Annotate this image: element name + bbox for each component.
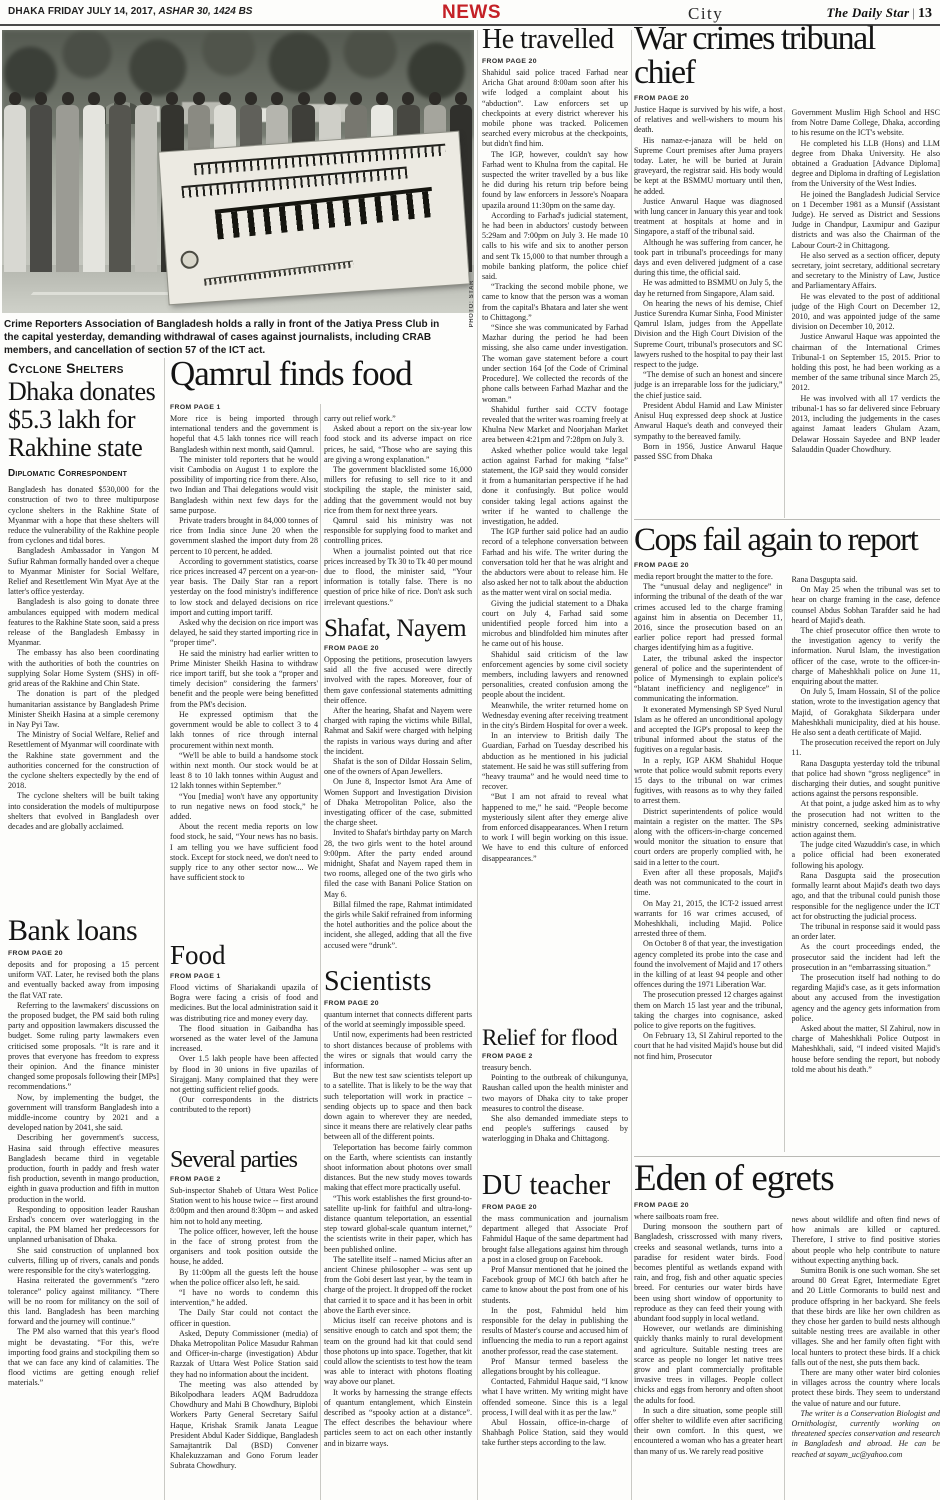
paragraph: Rana Dasgupta yesterday told the tribuna… (792, 759, 940, 800)
paragraph: “I have no words to condemn this interve… (170, 1288, 318, 1308)
paragraph: He joined the Bangladesh Judicial Servic… (792, 190, 940, 251)
paragraph: news about wildlife and often find news … (792, 1215, 940, 1266)
paragraph: Justice Anwarul Haque was diagnosed with… (634, 197, 783, 238)
paragraph: The writer is a Conservation Biologist a… (792, 1409, 940, 1460)
paragraph: Bangladesh has donated $530,000 for the … (8, 485, 159, 546)
paragraph: But the new test saw scientists teleport… (324, 1071, 472, 1142)
continued-from-label: FROM PAGE 2 (482, 1053, 628, 1060)
paragraph: Billal filmed the rape, Rahmat intimidat… (324, 900, 472, 951)
article-column-1: FROM PAGE 20 media report brought the ma… (634, 562, 783, 1075)
article-body: Flood victims of Shariakandi upazila of … (170, 983, 318, 1116)
paragraph: District superintendents of police would… (634, 807, 783, 868)
paragraph: Giving the judicial statement to a Dhaka… (482, 599, 628, 650)
article-title: DU teacher (482, 1172, 628, 1200)
article-title: Relief for flood (482, 1026, 628, 1049)
paragraph: In such a dire situation, some people st… (634, 1406, 783, 1457)
article-body: Opposing the petitions, prosecution lawy… (324, 655, 472, 951)
article-kicker: Cyclone Shelters (8, 360, 159, 376)
paragraph: “But I am not afraid to reveal what happ… (482, 792, 628, 863)
paragraph: Private traders brought in 84,000 tonnes… (170, 516, 318, 557)
article-several-parties: Several parties FROM PAGE 2 Sub-inspecto… (170, 1148, 318, 1500)
article-body: treasury bench.Pointing to the outbreak … (482, 1063, 628, 1145)
article-qamrul-col1: FROM PAGE 1 More rice is being imported … (170, 404, 318, 942)
column-rule (784, 110, 785, 518)
paragraph: He was involved with all 17 verdicts the… (792, 394, 940, 455)
article-title: Eden of egrets (634, 1160, 940, 1197)
continued-from-label: FROM PAGE 20 (324, 645, 472, 652)
paragraph: Hasina reiterated the government's “zero… (8, 1276, 159, 1327)
paragraph: treasury bench. (482, 1063, 628, 1073)
paragraph: Asked about the matter, SI Zahirul, now … (792, 1024, 940, 1075)
article-body: Rana Dasgupta said.On May 25 when the tr… (792, 575, 940, 1075)
paragraph: Government Muslim High School and HSC fr… (792, 108, 940, 139)
paragraph: The PM also warned that this year's floo… (8, 1327, 159, 1388)
paragraph: On July 5, Imam Hossain, SI of the polic… (792, 687, 940, 738)
paragraph: “You [media] won't have any opportunity … (170, 792, 318, 823)
banner-text-line-1 (194, 144, 446, 176)
article-body: quantum internet that connects different… (324, 1010, 472, 1449)
article-column-1: FROM PAGE 20 Justice Haque is survived b… (634, 95, 783, 462)
paragraph: The satellite itself – named Micius afte… (324, 1255, 472, 1316)
page-number: 13 (918, 6, 932, 21)
paragraph: quantum internet that connects different… (324, 1010, 472, 1030)
paragraph: The IGP further said police had an audio… (482, 527, 628, 598)
paragraph: The Daily Star could not contact the off… (170, 1308, 318, 1328)
paragraph: It works by harnessing the strange effec… (324, 1388, 472, 1449)
paragraph: She said construction of unplanned box c… (8, 1246, 159, 1277)
paragraph: His namaz-e-janaza will be held on Supre… (634, 136, 783, 197)
article-title: War crimes tribunal chief (634, 22, 940, 90)
article-title: Cops fail again to report (634, 524, 940, 557)
article-bank-loans: Bank loans FROM PAGE 20 deposits and for… (8, 916, 159, 1500)
paragraph: Teleportation has become fairly common o… (324, 1143, 472, 1194)
article-dhaka-donates: Cyclone Shelters Dhaka donates $5.3 lakh… (8, 360, 159, 916)
paragraph: “This work establishes the first ground-… (324, 1194, 472, 1255)
paragraph: Prof Mansur mentioned that he joined the… (482, 1265, 628, 1306)
paragraph: There are many other water bird colonies… (792, 1368, 940, 1409)
paragraph: Micius itself can receive photons and is… (324, 1316, 472, 1387)
paragraph: Justice Anwarul Haque was appointed the … (792, 332, 940, 393)
paragraph: The judge cited Wazuddin's case, in whic… (792, 840, 940, 871)
continued-from-label: FROM PAGE 20 (482, 1204, 628, 1211)
paragraph: Abul Hossain, office-in-charge of Shahba… (482, 1418, 628, 1449)
article-title: Bank loans (8, 916, 159, 946)
paragraph: The government blacklisted some 16,000 m… (324, 465, 472, 516)
paragraph: where sailboats roam free. (634, 1212, 783, 1222)
banner-logo (180, 250, 199, 269)
paragraph: President Abdul Hamid and Law Minister A… (634, 401, 783, 442)
paragraph: He was admitted to BSMMU on July 5, the … (634, 278, 783, 298)
article-qamrul-headline: Qamrul finds food (170, 356, 472, 404)
section-rule (634, 519, 940, 520)
article-body: media report brought the matter to the f… (634, 572, 783, 1062)
paragraph: Until now, experiments had been restrict… (324, 1030, 472, 1071)
paragraph: The Ministry of Social Welfare, Relief a… (8, 730, 159, 791)
paragraph: Referring to the lawmakers' discussions … (8, 1001, 159, 1093)
continued-from-label: FROM PAGE 20 (324, 1000, 472, 1007)
paragraph: About the recent media reports on low fo… (170, 822, 318, 883)
article-body: carry out relief work.”Asked about a rep… (324, 414, 472, 608)
section-rule (634, 1156, 940, 1157)
paragraph: Meanwhile, the writer returned home on W… (482, 701, 628, 732)
article-du-teacher: DU teacher FROM PAGE 20 the mass communi… (482, 1172, 628, 1500)
paragraph: Asked whether police would take legal ac… (482, 446, 628, 528)
paragraph: Over 1.5 lakh people have been affected … (170, 1054, 318, 1095)
column-rule (631, 30, 632, 1500)
paragraph: According to government statistics, coar… (170, 557, 318, 618)
paragraph: “Since she was communicated by Farhad Ma… (482, 323, 628, 405)
paragraph: In an interview to British daily The Gua… (482, 731, 628, 792)
dateline: DHAKA FRIDAY JULY 14, 2017, ASHAR 30, 14… (8, 6, 252, 17)
article-column-2: Government Muslim High School and HSC fr… (792, 95, 940, 462)
continued-from-label: FROM PAGE 20 (8, 950, 159, 957)
article-title: Several parties (170, 1148, 318, 1172)
paragraph: When a journalist pointed out that rice … (324, 547, 472, 608)
continued-from-label: FROM PAGE 1 (170, 404, 318, 411)
paragraph: On October 8 of that year, the investiga… (634, 939, 783, 990)
article-body: the mass communication and journalism de… (482, 1214, 628, 1449)
paper-name: The Daily Star (826, 5, 909, 20)
column-rule (320, 404, 321, 1500)
subsection-label: City (688, 4, 723, 24)
paragraph: The prosecution pressed 12 charges again… (634, 990, 783, 1031)
rally-photo (2, 30, 474, 313)
article-scientists: Scientists FROM PAGE 20 quantum internet… (324, 968, 472, 1500)
paragraph: “The demise of such an honest and sincer… (634, 370, 783, 401)
banner-text-line-3 (215, 187, 435, 240)
paragraph: “We'll be able to build a handsome stock… (170, 751, 318, 792)
paragraph: After the hearing, Shafat and Nayem were… (324, 706, 472, 757)
paragraph: On hearing the news of his demise, Chief… (634, 299, 783, 370)
paragraph: The chief prosecutor office then wrote t… (792, 626, 940, 687)
paragraph: On May 21, 2015, the ICT-2 issued arrest… (634, 899, 783, 940)
paragraph: Contacted, Fahmidul Haque said, “I know … (482, 1377, 628, 1418)
paragraph: The prosecution itself had nothing to do… (792, 973, 940, 1024)
paragraph: The cyclone shelters will be built takin… (8, 791, 159, 832)
paragraph: During monsoon the southern part of Bang… (634, 1222, 783, 1324)
paragraph: In the post, Fahmidul held him responsib… (482, 1306, 628, 1357)
paragraph: On February 13, SI Zahirul reported to t… (634, 1031, 783, 1062)
paragraph: Shafat is the son of Dildar Hossain Seli… (324, 757, 472, 777)
paragraph: The flood situation in Gaibandha has wor… (170, 1024, 318, 1055)
paragraph: In a reply, IGP AKM Shahidul Hoque wrote… (634, 756, 783, 807)
paragraph: Shahidul further said CCTV footage revea… (482, 405, 628, 446)
article-title: Food (170, 942, 318, 969)
article-title: He travelled (482, 26, 628, 54)
article-shafat-nayem: Shafat, Nayem FROM PAGE 20 Opposing the … (324, 616, 472, 968)
paragraph: More rice is being imported through inte… (170, 414, 318, 455)
paragraph: Qamrul said his ministry was not respons… (324, 516, 472, 547)
column-rule (164, 358, 165, 1500)
paragraph: However, our wetlands are diminishing qu… (634, 1324, 783, 1406)
continued-from-label: FROM PAGE 2 (170, 1176, 318, 1183)
paragraph: Sumitra Bonik is one such woman. She set… (792, 1266, 940, 1368)
article-title: Qamrul finds food (170, 356, 472, 391)
paragraph: Shahidul said criticism of the law enfor… (482, 650, 628, 701)
paragraph: The minister told reporters that he woul… (170, 455, 318, 516)
paragraph: Rana Dasgupta said. (792, 575, 940, 585)
article-he-travelled: He travelled FROM PAGE 20 Shahidul said … (482, 26, 628, 1026)
paragraph: Asked, Deputy Commissioner (media) of Dh… (170, 1329, 318, 1380)
paragraph: He said the ministry had earlier written… (170, 649, 318, 710)
photo-caption: Crime Reporters Association of Banglades… (4, 318, 456, 358)
paragraph: Bangladesh Ambassador in Yangon M Sufiur… (8, 546, 159, 597)
paragraph: deposits and for proposing a 15 percent … (8, 960, 159, 1001)
article-body: deposits and for proposing a 15 percent … (8, 960, 159, 1389)
paragraph: He expressed optimism that the governmen… (170, 710, 318, 751)
photo-credit: PHOTO: STAR (469, 280, 475, 327)
paragraph: Shahidul said police traced Farhad near … (482, 68, 628, 150)
dateline-bangla-date: ASHAR 30, 1424 BS (159, 6, 253, 17)
column-rule (784, 1252, 785, 1500)
paragraph: Born in 1956, Justice Anwarul Haque pass… (634, 442, 783, 462)
paragraph: The “unusual delay and negligence” in in… (634, 582, 783, 653)
paragraph: Asked why the decision on rice import wa… (170, 618, 318, 649)
paragraph: carry out relief work.” (324, 414, 472, 424)
protest-banner (159, 132, 469, 305)
paragraph: Pointing to the outbreak of chikungunya,… (482, 1073, 628, 1114)
article-byline: Diplomatic Correspondent (8, 468, 159, 479)
article-body: Justice Haque is survived by his wife, a… (634, 105, 783, 462)
column-rule (784, 600, 785, 1152)
continued-from-label: FROM PAGE 20 (634, 562, 783, 569)
continued-from-label: FROM PAGE 20 (634, 1202, 783, 1209)
paragraph: Responding to opposition leader Raushan … (8, 1205, 159, 1246)
article-column-2: news about wildlife and often find news … (792, 1202, 940, 1460)
paragraph: (Our correspondents in the districts con… (170, 1095, 318, 1115)
article-food: Food FROM PAGE 1 Flood victims of Sharia… (170, 942, 318, 1148)
article-title: Shafat, Nayem (324, 616, 472, 641)
paragraph: Bangladesh is also going to donate three… (8, 597, 159, 648)
paragraph: Sub-inspector Shaheb of Uttara West Poli… (170, 1186, 318, 1227)
paragraph: She also demanded immediate steps to end… (482, 1114, 628, 1145)
article-body: Bangladesh has donated $530,000 for the … (8, 485, 159, 832)
paragraph: Justice Haque is survived by his wife, a… (634, 105, 783, 136)
lead-photo-block: PHOTO: STAR Crime Reporters Association … (2, 30, 474, 350)
paragraph: The police officer, however, left the ho… (170, 1227, 318, 1268)
divider: | (909, 5, 918, 20)
paragraph: By 11:00pm all the guests left the house… (170, 1268, 318, 1288)
paragraph: It exonerated Mymensingh SP Syed Nurul I… (634, 705, 783, 756)
paragraph: The embassy has also been coordinating w… (8, 648, 159, 689)
article-body: More rice is being imported through inte… (170, 414, 318, 883)
paragraph: Although he was suffering from cancer, h… (634, 238, 783, 279)
section-label: NEWS (442, 2, 501, 24)
paragraph: He was elevated to the post of additiona… (792, 292, 940, 333)
continued-from-label: FROM PAGE 20 (482, 58, 628, 65)
paragraph: “Tracking the second mobile phone, we ca… (482, 282, 628, 323)
paragraph: The IGP, however, couldn't say how Farha… (482, 150, 628, 211)
banner-small-text (204, 260, 354, 285)
masthead-pageno: The Daily Star|13 (826, 5, 932, 22)
paragraph: The prosecution received the report on J… (792, 738, 940, 758)
article-cops-fail: Cops fail again to report FROM PAGE 20 m… (634, 524, 940, 1154)
dateline-city: DHAKA (8, 6, 45, 17)
paragraph: Flood victims of Shariakandi upazila of … (170, 983, 318, 1024)
article-body: Government Muslim High School and HSC fr… (792, 108, 940, 455)
paragraph: media report brought the matter to the f… (634, 572, 783, 582)
article-body: Shahidul said police traced Farhad near … (482, 68, 628, 864)
paragraph: Prof Mansur termed baseless the allegati… (482, 1357, 628, 1377)
paragraph: At that point, a judge asked him as to w… (792, 799, 940, 840)
paragraph: Now, by implementing the budget, the gov… (8, 1093, 159, 1134)
paragraph: Describing her government's success, Has… (8, 1133, 159, 1204)
article-qamrul-col2: carry out relief work.”Asked about a rep… (324, 404, 472, 616)
column-rule (477, 30, 478, 1500)
paragraph: Invited to Shafat's birthday party on Ma… (324, 828, 472, 899)
article-column-1: FROM PAGE 20 where sailboats roam free.D… (634, 1202, 783, 1460)
article-title: Scientists (324, 968, 472, 996)
paragraph: As the court proceedings ended, the pros… (792, 942, 940, 973)
article-column-2: Rana Dasgupta said.On May 25 when the tr… (792, 562, 940, 1075)
article-body: where sailboats roam free.During monsoon… (634, 1212, 783, 1457)
article-body: news about wildlife and often find news … (792, 1215, 940, 1460)
paragraph: The tribunal in response said it would p… (792, 922, 940, 942)
continued-from-label: FROM PAGE 20 (634, 95, 783, 102)
article-body: Sub-inspector Shaheb of Uttara West Poli… (170, 1186, 318, 1472)
paragraph: According to Farhad's judicial statement… (482, 211, 628, 282)
paragraph: On June 8, Inspector Ismot Ara Ame of Wo… (324, 777, 472, 828)
continued-from-label: FROM PAGE 1 (170, 973, 318, 980)
paragraph: The donation is part of the pledged huma… (8, 689, 159, 730)
article-eden-of-egrets: Eden of egrets FROM PAGE 20 where sailbo… (634, 1160, 940, 1500)
paragraph: The meeting was also attended by Bikolpo… (170, 1380, 318, 1472)
paragraph: Later, the tribunal asked the inspector … (634, 654, 783, 705)
newspaper-page: DHAKA FRIDAY JULY 14, 2017, ASHAR 30, 14… (0, 0, 940, 1500)
paragraph: He also served as a section officer, dep… (792, 251, 940, 292)
paragraph: He completed his LLB (Hons) and LLM degr… (792, 139, 940, 190)
paragraph: Even after all these proposals, Majid's … (634, 868, 783, 899)
paragraph: Rana Dasgupta said the prosecution forma… (792, 871, 940, 922)
article-relief-for-flood: Relief for flood FROM PAGE 2 treasury be… (482, 1026, 628, 1172)
paragraph: Asked about a report on the six-year low… (324, 424, 472, 465)
dateline-date: FRIDAY JULY 14, 2017, (48, 6, 156, 17)
paragraph: On May 25 when the tribunal was set to h… (792, 585, 940, 626)
article-title: Dhaka donates $5.3 lakh for Rakhine stat… (8, 378, 159, 462)
paragraph: Opposing the petitions, prosecution lawy… (324, 655, 472, 706)
article-war-crimes-tribunal-chief: War crimes tribunal chief FROM PAGE 20 J… (634, 22, 940, 520)
paragraph: the mass communication and journalism de… (482, 1214, 628, 1265)
